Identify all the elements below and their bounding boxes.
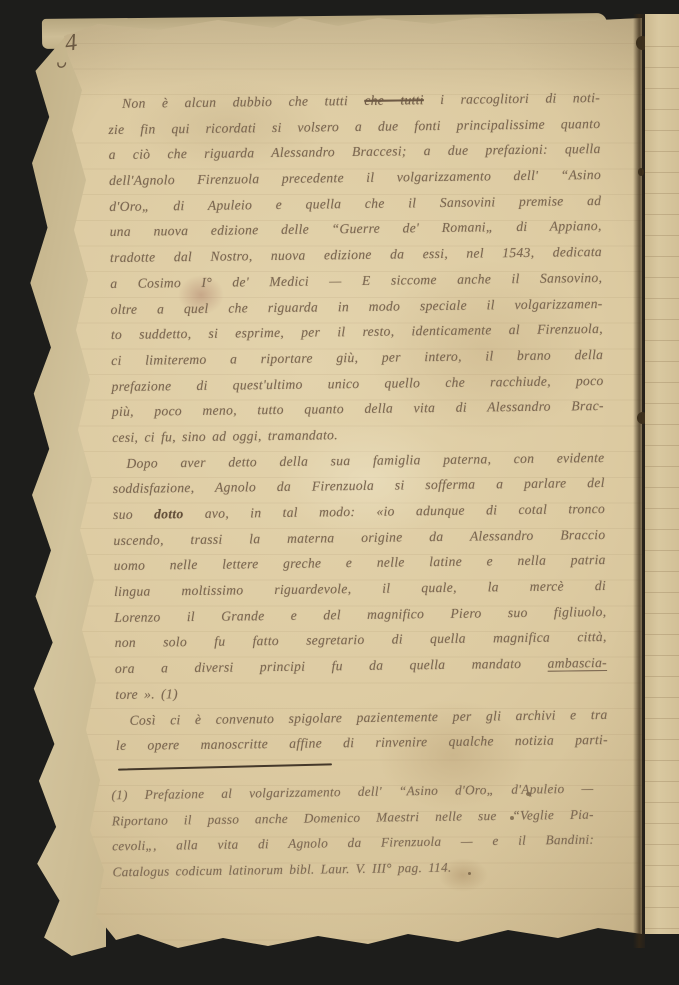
underlined-word: ambascia- bbox=[548, 655, 608, 671]
background-corner bbox=[645, 934, 679, 985]
stitch-knot bbox=[638, 168, 644, 176]
emphasized-word: dotto bbox=[154, 506, 184, 521]
line-text: i raccoglitori di noti- bbox=[424, 90, 600, 107]
footnote-block: (1) Prefazione al volgarizzamento dell' … bbox=[111, 776, 594, 885]
line-text: ora a diversi principi fu da quella mand… bbox=[115, 656, 548, 676]
background-corner bbox=[608, 0, 679, 14]
line-text: suo bbox=[113, 506, 154, 521]
struck-text: che tutti bbox=[364, 92, 424, 108]
facing-page-edge bbox=[645, 12, 679, 934]
page-number: 4 bbox=[54, 28, 93, 72]
handwritten-text-block: Non è alcun dubbio che tutti che tutti i… bbox=[108, 85, 608, 759]
scanned-manuscript: 4 Non è alcun dubbio che tutti che tutti… bbox=[0, 0, 679, 985]
line-text: avo, in tal modo: «io adunque di cotal t… bbox=[183, 501, 605, 521]
line-text: Non è alcun dubbio che tutti bbox=[122, 93, 364, 111]
